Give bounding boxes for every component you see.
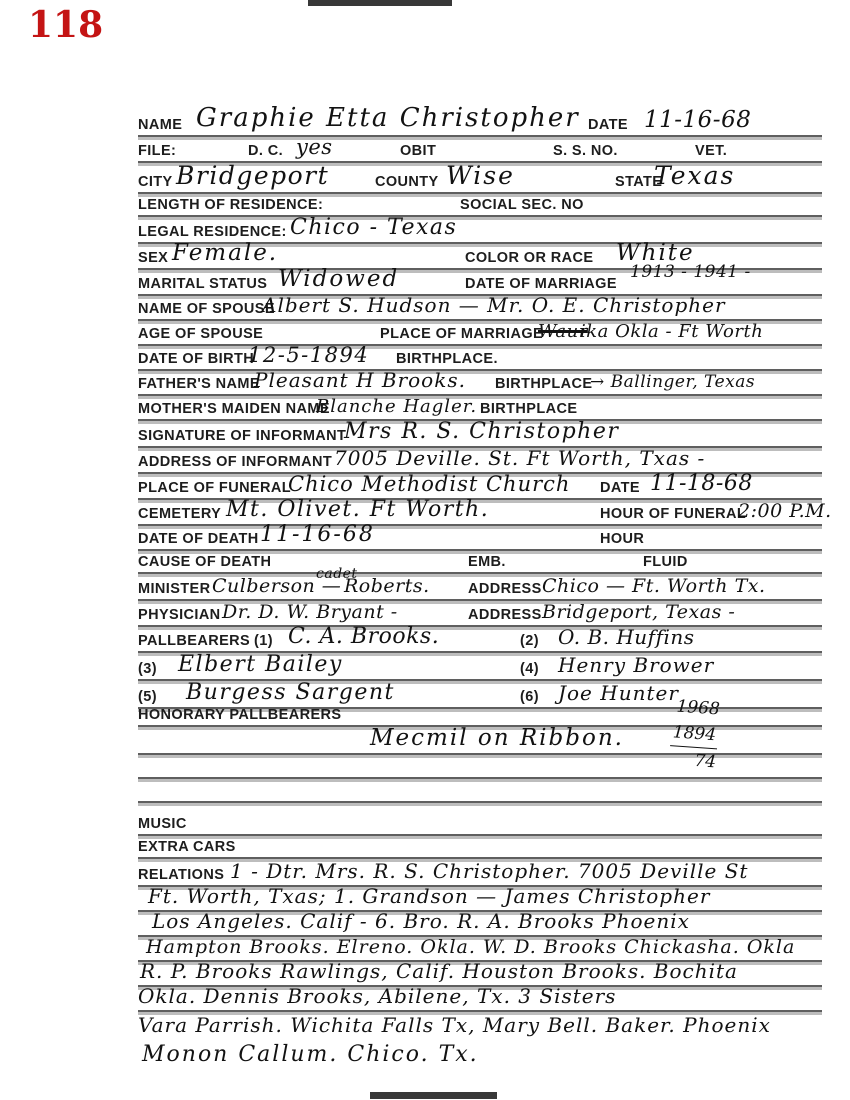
pallbearer-3-value: Elbert Bailey	[178, 652, 343, 677]
date-of-birth-value: 12-5-1894	[248, 343, 369, 367]
legal-residence-value: Chico - Texas	[290, 215, 457, 240]
minister-value-2: Roberts.	[344, 575, 430, 597]
scan-artifact-top-bar	[308, 0, 452, 6]
signature-of-informant-row: SIGNATURE OF INFORMANT Mrs R. S. Christo…	[138, 420, 822, 448]
relations-line-1: 1 - Dtr. Mrs. R. S. Christopher. 7005 De…	[230, 859, 748, 883]
name-value: Graphie Etta Christopher	[196, 103, 580, 133]
relations-continuation-row: Okla. Dennis Brooks, Abilene, Tx. 3 Sist…	[138, 986, 822, 1012]
blank-row-1	[138, 755, 822, 779]
pallbearer-3-number: (3)	[138, 661, 157, 677]
place-of-marriage-label: PLACE OF MARRIAGE	[380, 326, 543, 342]
pallbearer-1-number: (1)	[254, 633, 273, 649]
blank-row-2	[138, 779, 822, 803]
father-birthplace-label: BIRTHPLACE	[495, 376, 592, 392]
relations-label: RELATIONS	[138, 867, 224, 883]
pallbearers-row-2: (3) Elbert Bailey (4) Henry Brower	[138, 652, 822, 681]
signature-of-informant-label: SIGNATURE OF INFORMANT	[138, 428, 346, 444]
county-value: Wise	[446, 161, 515, 190]
pallbearer-2-value: O. B. Huffins	[558, 625, 695, 649]
date-of-death-value: 11-16-68	[260, 522, 375, 547]
fathers-name-value: Pleasant H Brooks.	[254, 368, 466, 392]
minister-row: MINISTER Culberson — cadet Roberts. ADDR…	[138, 573, 822, 601]
name-label: NAME	[138, 117, 182, 133]
relations-line-4: Hampton Brooks. Elreno. Okla. W. D. Broo…	[146, 936, 795, 958]
residence-row: LENGTH OF RESIDENCE: SOCIAL SEC. NO	[138, 195, 822, 217]
place-of-funeral-value: Chico Methodist Church	[288, 472, 570, 496]
scanned-funeral-record-sheet: 118 NAME Graphie Etta Christopher DATE 1…	[0, 0, 850, 1100]
pallbearer-4-value: Henry Brower	[558, 653, 714, 677]
music-row: MUSIC	[138, 812, 822, 836]
hour-label: HOUR	[600, 531, 644, 547]
date-value: 11-16-68	[644, 107, 751, 133]
physician-row: PHYSICIAN Dr. D. W. Bryant - ADDRESS Bri…	[138, 600, 822, 627]
date-of-birth-label: DATE OF BIRTH	[138, 351, 254, 367]
hour-of-funeral-label: HOUR OF FUNERAL	[600, 506, 746, 522]
pallbearer-1-value: C. A. Brooks.	[288, 624, 439, 649]
relations-line-5: R. P. Brooks Rawlings, Calif. Houston Br…	[140, 959, 738, 983]
hour-of-funeral-value: 2:00 P.M.	[738, 500, 832, 522]
relations-continuation-row: Los Angeles. Calif - 6. Bro. R. A. Brook…	[138, 911, 822, 937]
pallbearer-2-number: (2)	[520, 633, 539, 649]
calc-death-year: 1968	[676, 697, 721, 720]
relations-continuation-row: Vara Parrish. Wichita Falls Tx, Mary Bel…	[138, 1012, 822, 1039]
sex-label: SEX	[138, 250, 168, 266]
relations-row: RELATIONS 1 - Dtr. Mrs. R. S. Christophe…	[138, 858, 822, 887]
pallbearers-row-1: PALLBEARERS (1) C. A. Brooks. (2) O. B. …	[138, 626, 822, 653]
city-value: Bridgeport	[176, 161, 329, 190]
marital-status-row: MARITAL STATUS Widowed DATE OF MARRIAGE …	[138, 269, 822, 296]
father-birthplace-value: → Ballinger, Texas	[590, 372, 755, 392]
marital-status-label: MARITAL STATUS	[138, 276, 267, 292]
scan-artifact-bottom-bar	[370, 1092, 497, 1099]
emb-label: EMB.	[468, 554, 506, 570]
pallbearer-5-value: Burgess Sargent	[186, 680, 395, 705]
dc-value: yes	[296, 135, 333, 159]
birthplace-label: BIRTHPLACE.	[396, 351, 498, 367]
age-calculation-scribble: 1968 1894 74	[645, 692, 720, 776]
place-of-funeral-label: PLACE OF FUNERAL	[138, 480, 291, 496]
file-label: FILE:	[138, 143, 176, 159]
music-label: MUSIC	[138, 816, 187, 832]
fathers-name-row: FATHER'S NAME Pleasant H Brooks. BIRTHPL…	[138, 370, 822, 396]
honorary-pallbearers-label: HONORARY PALLBEARERS	[138, 707, 342, 723]
social-sec-label: SOCIAL SEC. NO	[460, 197, 584, 213]
sex-value: Female.	[172, 240, 278, 266]
fathers-name-label: FATHER'S NAME	[138, 376, 260, 392]
minister-address-label: ADDRESS	[468, 581, 542, 597]
date-of-death-row: DATE OF DEATH 11-16-68 HOUR	[138, 525, 822, 551]
address-of-informant-label: ADDRESS OF INFORMANT	[138, 454, 332, 470]
honorary-note-value: Mecmil on Ribbon.	[370, 725, 624, 751]
ssn-label: S. S. NO.	[553, 143, 618, 159]
name-of-spouse-value: Albert S. Hudson — Mr. O. E. Christopher	[262, 293, 726, 317]
mother-birthplace-label: BIRTHPLACE	[480, 401, 577, 417]
dc-label: D. C.	[248, 143, 283, 159]
extra-cars-label: EXTRA CARS	[138, 839, 236, 855]
physician-address-label: ADDRESS	[468, 607, 542, 623]
length-of-residence-label: LENGTH OF RESIDENCE:	[138, 197, 323, 213]
spouse-row: NAME OF SPOUSE Albert S. Hudson — Mr. O.…	[138, 295, 822, 321]
fluid-label: FLUID	[643, 554, 688, 570]
age-of-spouse-label: AGE OF SPOUSE	[138, 326, 263, 342]
color-or-race-label: COLOR OR RACE	[465, 250, 593, 266]
place-of-marriage-value: ika Okla - Ft Worth	[580, 321, 763, 342]
signature-of-informant-value: Mrs R. S. Christopher	[344, 419, 619, 444]
pallbearer-5-number: (5)	[138, 689, 157, 705]
mothers-maiden-name-row: MOTHER'S MAIDEN NAME Blanche Hagler. BIR…	[138, 395, 822, 421]
file-row: FILE: D. C. yes OBIT S. S. NO. VET.	[138, 138, 822, 163]
legal-residence-label: LEGAL RESIDENCE:	[138, 224, 287, 240]
date-label: DATE	[588, 117, 628, 133]
relations-line-6: Okla. Dennis Brooks, Abilene, Tx. 3 Sist…	[138, 984, 616, 1008]
county-label: COUNTY	[375, 174, 439, 190]
address-of-informant-value: 7005 Deville. St. Ft Worth, Txas -	[334, 446, 705, 470]
cemetery-row: CEMETERY Mt. Olivet. Ft Worth. HOUR OF F…	[138, 499, 822, 526]
relations-line-2: Ft. Worth, Txas; 1. Grandson — James Chr…	[148, 884, 710, 908]
city-row: CITY Bridgeport COUNTY Wise STATE Texas	[138, 163, 822, 194]
physician-address-value: Bridgeport, Texas -	[542, 601, 735, 623]
minister-address-value: Chico — Ft. Worth Tx.	[542, 575, 766, 597]
date-of-marriage-value: 1913 - 1941 -	[630, 262, 751, 282]
funeral-date-label: DATE	[600, 480, 640, 496]
extra-cars-row: EXTRA CARS	[138, 836, 822, 859]
date-of-birth-row: DATE OF BIRTH 12-5-1894 BIRTHPLACE.	[138, 345, 822, 371]
relations-line-8: Monon Callum. Chico. Tx.	[142, 1042, 479, 1067]
relations-continuation-row: Monon Callum. Chico. Tx.	[138, 1041, 822, 1069]
funeral-date-value: 11-18-68	[650, 471, 753, 496]
cemetery-value: Mt. Olivet. Ft Worth.	[226, 497, 489, 522]
name-row: NAME Graphie Etta Christopher DATE 11-16…	[138, 108, 822, 137]
physician-label: PHYSICIAN	[138, 607, 221, 623]
obit-label: OBIT	[400, 143, 436, 159]
mothers-maiden-name-label: MOTHER'S MAIDEN NAME	[138, 401, 330, 417]
honorary-note-row: Mecmil on Ribbon.	[138, 727, 822, 755]
date-of-marriage-label: DATE OF MARRIAGE	[465, 276, 617, 292]
marital-status-value: Widowed	[278, 266, 399, 292]
pallbearers-label: PALLBEARERS	[138, 633, 250, 649]
cause-of-death-row: CAUSE OF DEATH EMB. FLUID	[138, 550, 822, 574]
date-of-death-label: DATE OF DEATH	[138, 531, 259, 547]
calc-age-result: 74	[694, 751, 717, 772]
vet-label: VET.	[695, 143, 727, 159]
address-of-informant-row: ADDRESS OF INFORMANT 7005 Deville. St. F…	[138, 447, 822, 474]
cause-of-death-label: CAUSE OF DEATH	[138, 554, 271, 570]
page-number: 118	[28, 4, 103, 46]
age-of-spouse-row: AGE OF SPOUSE PLACE OF MARRIAGE Waur ika…	[138, 320, 822, 346]
relations-line-3: Los Angeles. Calif - 6. Bro. R. A. Brook…	[152, 909, 690, 933]
name-of-spouse-label: NAME OF SPOUSE	[138, 301, 275, 317]
minister-label: MINISTER	[138, 581, 210, 597]
relations-line-7: Vara Parrish. Wichita Falls Tx, Mary Bel…	[138, 1013, 771, 1037]
city-label: CITY	[138, 174, 173, 190]
place-of-funeral-row: PLACE OF FUNERAL Chico Methodist Church …	[138, 473, 822, 500]
pallbearer-6-number: (6)	[520, 689, 539, 705]
state-value: Texas	[654, 161, 735, 190]
cemetery-label: CEMETERY	[138, 506, 221, 522]
pallbearer-4-number: (4)	[520, 661, 539, 677]
calc-birth-year: 1894	[670, 719, 719, 749]
physician-value: Dr. D. W. Bryant -	[222, 601, 398, 623]
mothers-maiden-name-value: Blanche Hagler.	[316, 396, 477, 417]
